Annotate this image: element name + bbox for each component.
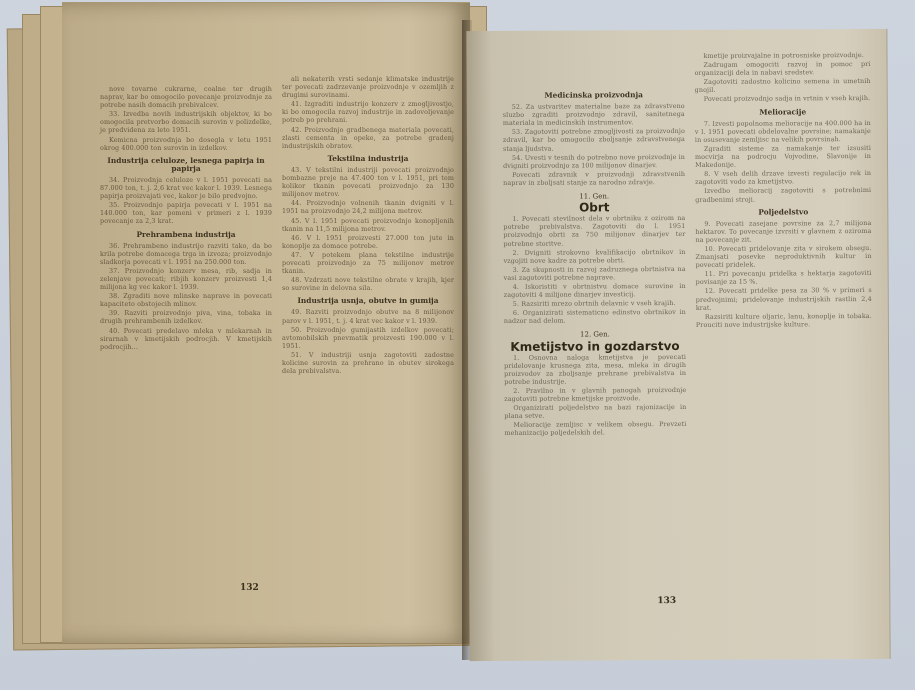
paragraph: 45. V l. 1951 povecati proizvodnjo konop…	[282, 217, 454, 233]
section-heading: Tekstilna industrija	[282, 155, 454, 163]
paragraph: 54. Uvesti v tesnih do potrebno nove pro…	[503, 153, 685, 170]
paragraph: 6. Organizirati sistematicno edinstvo ob…	[504, 308, 686, 325]
paragraph: 2. Pravilno in v glavnih panogah proizvo…	[504, 386, 686, 403]
paragraph: 10. Povecati pridelovanje zita v sirokem…	[695, 244, 871, 269]
paragraph: 46. V l. 1951 proizvesti 27.000 ton jute…	[282, 234, 454, 250]
paragraph: 1. Povecati stevilnost dela v obrtniku z…	[503, 214, 685, 247]
paragraph: 34. Proizvodnja celuloze v l. 1951 povec…	[100, 176, 272, 200]
left-page: nove tovarne cukrarne, coalne ter drugih…	[62, 2, 470, 643]
paragraph: nove tovarne cukrarne, coalne ter drugih…	[100, 85, 272, 109]
paragraph: 3. Za skupnosti in razvoj zadruznega obr…	[504, 265, 686, 282]
paragraph: Organizirati poljedelstvo na bazi rajoni…	[504, 403, 686, 420]
paragraph: 7. Izvesti popolnoma melioracije na 400.…	[695, 119, 871, 144]
paragraph: Zagotoviti zadostno kolicino semena in u…	[695, 77, 871, 94]
page-number-right: 133	[657, 596, 676, 606]
paragraph: 1. Osnovna naloga kmetijstva je povecati…	[504, 353, 686, 386]
paragraph: 52. Za ustvaritev materialne baze za zdr…	[503, 102, 685, 127]
section-heading: Kmetijstvo in gozdarstvo	[504, 341, 686, 350]
paragraph: 53. Zagotoviti potrebne zmogljivosti za …	[503, 127, 685, 152]
paragraph: 39. Razviti proizvodnjo piva, vina, toba…	[100, 309, 272, 325]
paragraph: kmetije proizvajalne in potrosniske proi…	[694, 51, 870, 60]
paragraph: 38. Zgraditi nove mlinske naprave in pov…	[100, 292, 272, 308]
paragraph: Povecati zdravnik v proizvodnji zdravstv…	[503, 170, 685, 187]
paragraph: 12. Povecati pridelke pesa za 30 % v pri…	[696, 286, 872, 311]
right-page-column-1: Medicinska proizvodnja52. Za ustvaritev …	[503, 86, 687, 439]
paragraph: Melioracije zemljisc v velikem obsegu. P…	[504, 420, 686, 437]
section-heading: Industrija usnja, obutve in gumija	[282, 297, 454, 305]
paragraph: 5. Razsiriti mrezo obrtnih delavnic v vs…	[504, 299, 686, 308]
paragraph: Povecati proizvodnjo sadja in vrtnin v v…	[695, 94, 871, 103]
paragraph: 2. Dvigniti strokovno kvalifikacijo obrt…	[503, 248, 685, 265]
section-heading: Melioracije	[695, 108, 871, 117]
paragraph: 11. Pri povecanju pridelka s hektarja za…	[696, 269, 872, 286]
paragraph: Zgraditi sisteme za namakanje ter izsusi…	[695, 144, 871, 169]
paragraph: Zadrugam omogociti razvoj in pomoc pri o…	[695, 60, 871, 77]
paragraph: Razsiriti kulture oljaric, lanu, konoplj…	[696, 312, 872, 329]
paragraph: 37. Proizvodnjo konzerv mesa, rib, sadja…	[100, 267, 272, 291]
paragraph: 8. V vseh delih drzave izvesti regulacij…	[695, 169, 871, 186]
paragraph: 44. Proizvodnjo volnenih tkanin dvigniti…	[282, 199, 454, 215]
right-page: Medicinska proizvodnja52. Za ustvaritev …	[466, 29, 890, 661]
left-page-column-1: nove tovarne cukrarne, coalne ter drugih…	[100, 85, 272, 352]
paragraph: 4. Iskoristiti v obrtnistvu domace surov…	[504, 282, 686, 299]
paragraph: 50. Proizvodnjo gumijastih izdelkov pove…	[282, 326, 454, 350]
paragraph: 33. Izvedba novih industrijskih objektov…	[100, 110, 272, 134]
paragraph: Izvedbo melioracij zagotoviti s potrebni…	[695, 186, 871, 203]
paragraph: 47. V potekem plana tekstilne industrije…	[282, 251, 454, 275]
section-heading: Industrija celuloze, lesnega papirja in …	[100, 157, 272, 173]
section-heading: Obrt	[503, 203, 685, 212]
left-page-column-2: ali nekaterih vrsti sedanje klimatske in…	[282, 75, 454, 376]
paragraph: 40. Povecati predelavo mleka v mlekarnah…	[100, 327, 272, 351]
right-page-column-2: kmetije proizvajalne in potrosniske proi…	[694, 51, 871, 330]
paragraph: 51. V industriji usnja zagotoviti zadost…	[282, 351, 454, 375]
section-heading: Poljedelstvo	[695, 208, 871, 217]
paragraph: 36. Prehrambeno industrijo razviti tako,…	[100, 242, 272, 266]
chapter-label: 12. Gen.	[504, 330, 686, 339]
section-heading: Prehrambena industrija	[100, 231, 272, 239]
paragraph: 43. V tekstilni industriji povecati proi…	[282, 166, 454, 198]
paragraph: 9. Povecati zasejane povrsine za 2,7 mil…	[695, 219, 871, 244]
paragraph: 41. Izgraditi industrijo konzerv z zmogl…	[282, 100, 454, 124]
paragraph: 35. Proizvodnjo papirja povecati v l. 19…	[100, 201, 272, 225]
paragraph: 48. Vzdrzati nove tekstilne obrate v kra…	[282, 276, 454, 292]
paragraph: 49. Razviti proizvodnjo obutve na 8 mili…	[282, 308, 454, 324]
page-number-left: 132	[240, 583, 259, 593]
paragraph: Kemicna proizvodnja bo dosegla v letu 19…	[100, 136, 272, 152]
paragraph: 42. Proizvodnjo gradbenega materiala pov…	[282, 126, 454, 150]
section-heading: Medicinska proizvodnja	[503, 91, 685, 100]
paragraph: ali nekaterih vrsti sedanje klimatske in…	[282, 75, 454, 99]
